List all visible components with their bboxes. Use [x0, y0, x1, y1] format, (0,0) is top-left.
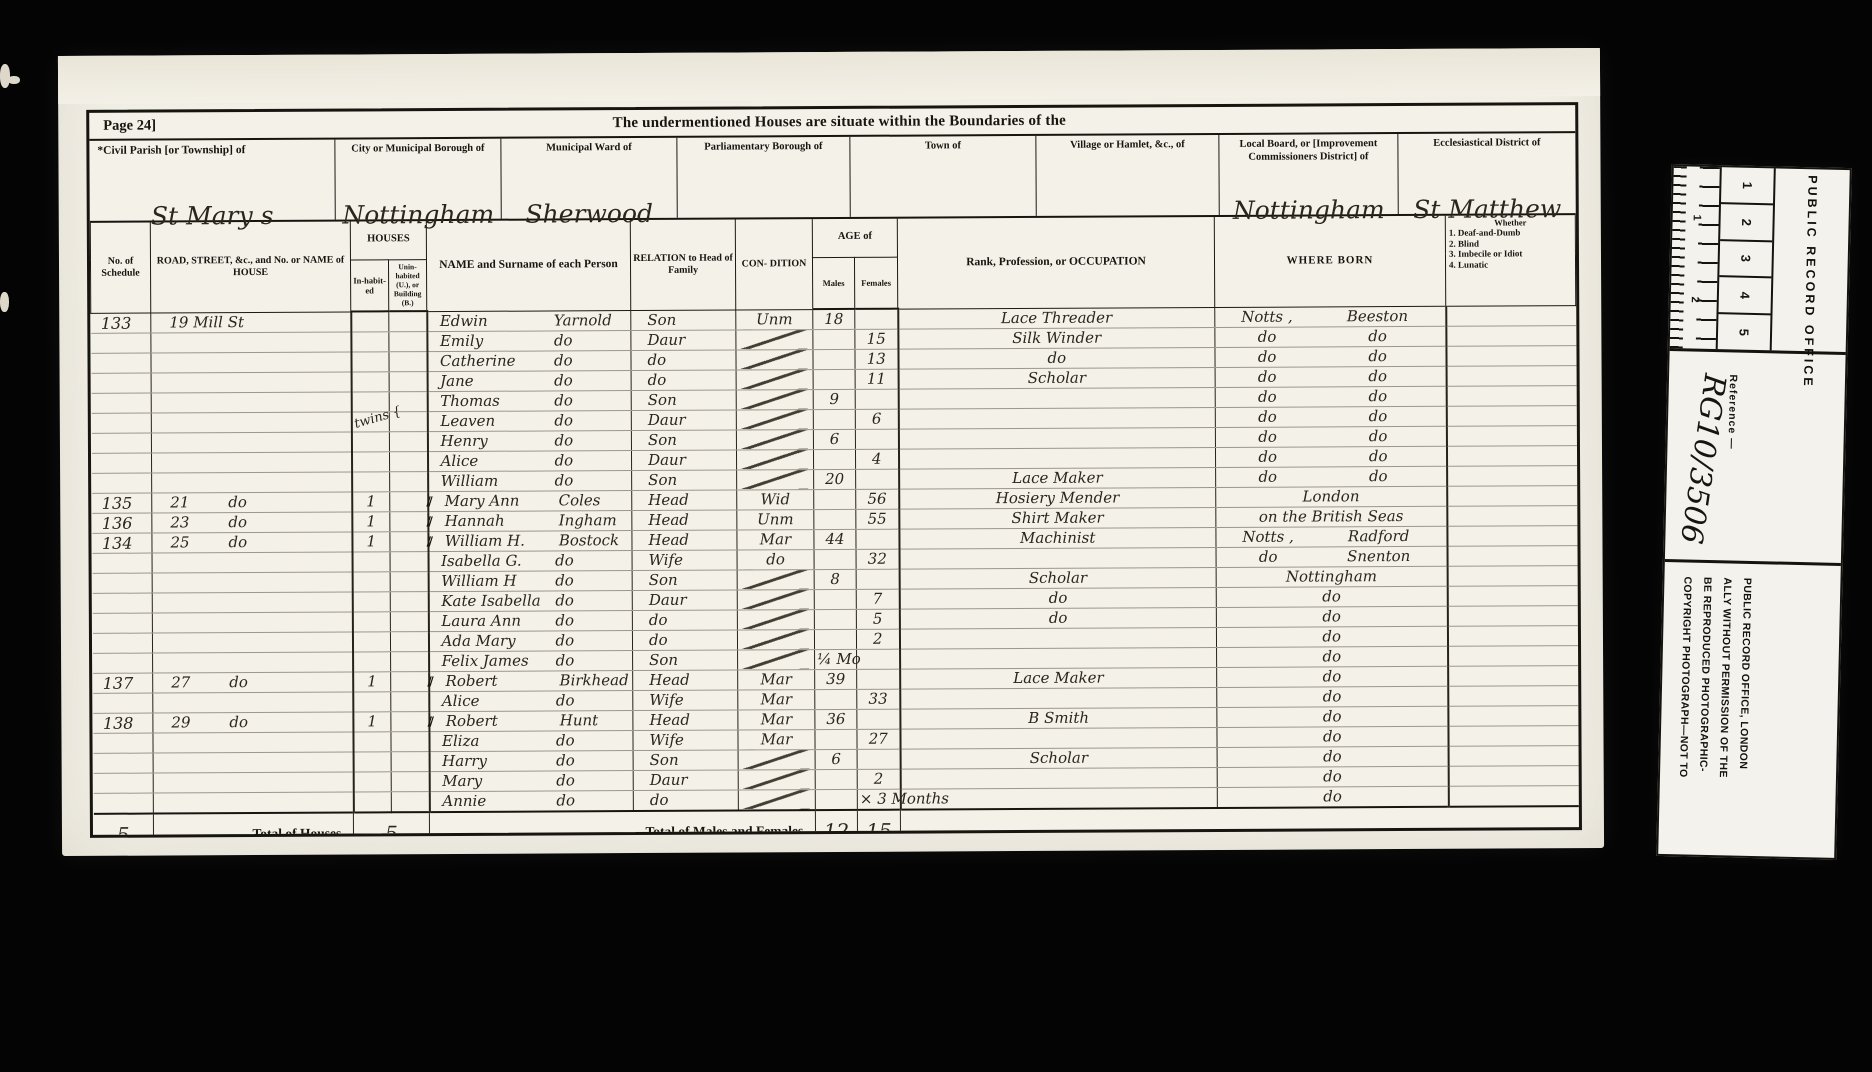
road-cell: 19 Mill St: [151, 312, 351, 333]
relation-value: Head: [635, 671, 690, 689]
occupation-value: Shirt Maker: [1011, 509, 1103, 527]
name-cell: ⫽RobertBirkhead: [429, 670, 633, 691]
road-ditto: do: [228, 533, 247, 551]
uninhabited-cell: [390, 471, 428, 491]
condition-cell: [737, 469, 814, 489]
age-male-value: 18: [824, 310, 843, 328]
condition-cell: Mar: [738, 709, 815, 729]
person-given-name: Isabella G.: [431, 551, 555, 570]
person-surname: Hunt: [560, 711, 599, 729]
occupation-value: do: [1049, 609, 1068, 627]
uninhabited-cell: [389, 431, 427, 451]
born-cell: dodo: [1215, 326, 1446, 347]
road-cell: 27do: [153, 672, 353, 693]
person-given-name: Hannah: [435, 511, 559, 530]
occupation-cell: Scholar: [900, 747, 1217, 769]
relation-cell: Daur: [633, 770, 738, 791]
infirmity-cell: [1447, 625, 1577, 646]
infirmity-cell: [1448, 645, 1578, 666]
age-male-cell: [813, 349, 855, 369]
person-given-name: Mary: [432, 771, 556, 790]
name-cell: EdwinYarnold: [427, 310, 631, 331]
inhabited-cell: [352, 471, 390, 491]
relation-cell: Head: [632, 530, 737, 551]
occupation-cell: [899, 627, 1216, 649]
occupation-cell: Lace Threader: [898, 307, 1215, 329]
age-male-value: 9: [829, 390, 839, 408]
born-place-value: do: [1317, 347, 1439, 366]
uninhabited-cell: [390, 571, 428, 591]
uninhabited-cell: [391, 731, 429, 751]
person-surname: Coles: [559, 491, 601, 509]
infirmity-cell: [1448, 665, 1578, 686]
born-cell: do: [1217, 746, 1448, 767]
age-female-cell: [855, 429, 898, 449]
relation-cell: Son: [631, 430, 736, 451]
occupation-value: Lace Threader: [1001, 309, 1112, 328]
person-given-name: William H: [431, 571, 555, 590]
boundary-value: [1036, 158, 1218, 223]
condition-value: Mar: [760, 670, 792, 688]
uninhabited-cell: [389, 371, 427, 391]
born-cell: do: [1217, 786, 1448, 808]
boundary-cell: Ecclesiastical District ofSt Matthew: [1398, 133, 1575, 214]
col-header-males: Males: [812, 257, 854, 309]
infirmity-cell: [1448, 785, 1578, 806]
born-value: do: [1218, 468, 1317, 487]
road-text: 29: [155, 713, 229, 731]
schedule-number: [95, 793, 103, 812]
occupation-cell: Hosiery Mender: [899, 487, 1216, 509]
col-header-age: AGE of: [812, 219, 897, 257]
name-cell: Laura Anndo: [428, 610, 632, 631]
occupation-cell: [898, 387, 1215, 409]
born-value: do: [1220, 787, 1446, 806]
schedule-number: 134: [94, 533, 133, 552]
ruler-ticks: 1 2: [1670, 166, 1722, 349]
age-female-cell: 33: [857, 689, 900, 709]
ruler-number: 3: [1738, 255, 1753, 263]
occupation-value: B Smith: [1028, 709, 1089, 727]
born-place-value: do: [1317, 327, 1439, 346]
age-male-cell: 44: [814, 529, 856, 549]
born-place-value: do: [1317, 387, 1439, 406]
relation-value: do: [635, 611, 668, 629]
born-cell: do: [1216, 626, 1447, 647]
boundary-cell: City or Municipal Borough ofNottingham: [335, 139, 501, 220]
relation-value: Head: [634, 491, 689, 509]
age-male-cell: [813, 409, 855, 429]
born-value: do: [1217, 348, 1316, 367]
total-males: 12: [815, 809, 857, 837]
schedule-cell: [91, 353, 151, 373]
col-header-infirmity: Whether 1. Deaf-and-Dumb 2. Blind 3. Imb…: [1445, 215, 1575, 306]
person-surname: do: [556, 651, 575, 669]
occupation-cell: [900, 647, 1217, 669]
person-given-name: Catherine: [430, 351, 554, 370]
born-cell: do: [1217, 666, 1448, 687]
relation-value: Wife: [635, 551, 683, 569]
boundary-cell: Town of: [850, 136, 1036, 217]
relation-value: Daur: [634, 451, 686, 469]
age-female-cell: 27: [857, 729, 900, 749]
col-header-schedule: No. of Schedule: [90, 223, 150, 313]
born-cell: doSnenton: [1216, 546, 1447, 567]
relation-value: Son: [635, 651, 678, 669]
age-male-cell: [815, 689, 857, 709]
person-surname: Bostock: [559, 531, 619, 549]
schedule-cell: 137: [93, 673, 153, 693]
name-cell: Leavendo: [427, 410, 631, 431]
schedule-cell: 136: [92, 513, 152, 533]
infirmity-cell: [1446, 325, 1576, 346]
age-female-cell: 13: [855, 349, 898, 369]
age-female-cell: × 3 Months: [857, 789, 900, 810]
born-cell: do: [1217, 686, 1448, 707]
pro-office-label: PUBLIC RECORD OFFICE: [1772, 168, 1850, 352]
schedule-cell: [91, 393, 151, 413]
relation-value: Head: [635, 711, 690, 729]
age-female-cell: [857, 669, 900, 689]
infirmity-cell: [1446, 305, 1576, 326]
relation-cell: do: [632, 630, 737, 651]
born-place-value: do: [1317, 407, 1439, 426]
relation-value: Wife: [635, 731, 683, 749]
relation-value: Son: [633, 311, 676, 329]
age-female-cell: 2: [857, 769, 900, 789]
name-cell: Elizado: [429, 730, 633, 751]
boundary-value: Nottingham: [1220, 170, 1398, 222]
col-header-born: WHERE BORN: [1214, 216, 1445, 307]
relation-cell: Daur: [631, 330, 736, 351]
road-cell: [151, 432, 351, 453]
age-female-cell: [857, 749, 900, 769]
person-given-name: Emily: [430, 331, 554, 350]
age-female-value: 4: [872, 450, 882, 468]
condition-cell: [737, 449, 814, 469]
condition-cell: do: [737, 549, 814, 569]
person-surname: do: [555, 571, 574, 589]
condition-cell: [736, 409, 813, 429]
occupation-value: Scholar: [1030, 749, 1088, 767]
person-surname: do: [556, 771, 575, 789]
infirmity-cell: [1447, 525, 1577, 546]
occupation-cell: Machinist: [899, 527, 1216, 549]
person-surname: do: [554, 331, 573, 349]
born-value: do: [1220, 767, 1446, 786]
boundary-value: St Mary s: [89, 164, 334, 228]
inhabited-value: 1: [367, 672, 377, 690]
road-cell: [152, 552, 352, 573]
occupation-value: Scholar: [1028, 369, 1086, 387]
age-male-cell: 20: [814, 469, 856, 489]
born-cell: dodo: [1215, 406, 1446, 427]
age-male-value: ¼ Mo: [817, 650, 861, 668]
schedule-number: [93, 333, 101, 352]
inhabited-cell: [353, 731, 391, 751]
age-female-cell: 7: [856, 589, 899, 609]
age-male-cell: 36: [815, 709, 857, 729]
infirmity-cell: [1446, 365, 1576, 386]
age-female-cell: [855, 389, 898, 409]
age-male-cell: [814, 549, 856, 569]
born-place-value: Radford: [1318, 527, 1440, 546]
age-female-value: 27: [869, 730, 888, 748]
relation-cell: Wife: [632, 550, 737, 571]
uninhabited-cell: [390, 531, 428, 551]
condition-cell: [736, 329, 813, 349]
infirmity-cell: [1448, 745, 1578, 766]
infirmity-cell: [1448, 765, 1578, 786]
boundary-cell: Municipal Ward ofSherwood: [501, 138, 677, 219]
age-female-cell: 5: [856, 609, 899, 629]
age-male-value: 44: [825, 530, 844, 548]
born-value: do: [1219, 707, 1445, 726]
relation-value: do: [634, 371, 667, 389]
inhabited-cell: 1: [353, 711, 391, 731]
schedule-cell: [91, 333, 151, 353]
schedule-cell: [93, 793, 153, 814]
boundary-label: *Civil Parish [or Township] of: [89, 140, 334, 159]
uninhabited-cell: [391, 711, 429, 731]
person-surname: do: [555, 551, 574, 569]
totals-empty: [900, 806, 1578, 838]
born-cell: London: [1216, 486, 1447, 507]
road-ditto: do: [228, 513, 247, 531]
condition-cell: Mar: [738, 669, 815, 689]
infirmity-cell: [1447, 545, 1577, 566]
road-ditto: do: [229, 713, 248, 731]
schedule-cell: [93, 693, 153, 713]
person-given-name: Leaven: [430, 411, 554, 430]
uninhabited-cell: [389, 311, 427, 331]
infirmity-cell: [1447, 485, 1577, 506]
occupation-cell: do: [898, 347, 1215, 369]
born-place-value: do: [1317, 447, 1439, 466]
name-cell: Anniedo: [429, 790, 633, 812]
pro-film-strip: 1 2 1 2 3 4 5 PUBLIC RECORD OFFICE RG10/…: [1656, 164, 1852, 860]
born-value: do: [1219, 687, 1445, 706]
schedule-cell: [91, 413, 151, 433]
occupation-cell: [899, 547, 1216, 569]
person-surname: do: [556, 791, 575, 809]
uninhabited-cell: [390, 631, 428, 651]
name-cell: Henrydo: [427, 430, 631, 451]
road-cell: [153, 692, 353, 713]
age-male-value: 20: [825, 470, 844, 488]
age-male-cell: 6: [815, 749, 857, 769]
age-female-cell: 56: [856, 489, 899, 509]
occupation-cell: Lace Maker: [899, 467, 1216, 489]
relation-value: Son: [634, 391, 677, 409]
occupation-cell: do: [899, 587, 1216, 609]
schedule-cell: [91, 373, 151, 393]
occupation-value: Silk Winder: [1012, 329, 1101, 347]
condition-cell: [736, 349, 813, 369]
occupation-cell: [898, 447, 1215, 469]
age-male-value: 39: [826, 670, 845, 688]
born-value: do: [1219, 667, 1445, 686]
inhabited-cell: [351, 351, 389, 371]
condition-value: do: [766, 550, 785, 568]
person-given-name: Eliza: [432, 731, 556, 750]
name-cell: Alicedo: [429, 690, 633, 711]
inhabited-cell: 1: [353, 671, 391, 691]
infirmity-cell: [1448, 685, 1578, 706]
person-surname: Yarnold: [554, 311, 612, 329]
inhabited-cell: [353, 791, 391, 812]
col-header-relation: RELATION to Head of Family: [630, 219, 735, 310]
person-surname: do: [556, 751, 575, 769]
occupation-value: Scholar: [1029, 569, 1087, 587]
occupation-cell: do: [899, 607, 1216, 629]
born-place-value: do: [1317, 467, 1439, 486]
born-cell: dodo: [1216, 466, 1447, 487]
relation-cell: do: [631, 370, 736, 391]
infirmity-cell: [1448, 725, 1578, 746]
census-page-scan: Page 24] The undermentioned Houses are s…: [58, 48, 1604, 856]
occupation-cell: [900, 727, 1217, 749]
relation-cell: Head: [632, 510, 737, 531]
inhabited-value: 1: [366, 512, 376, 530]
age-male-cell: [813, 329, 855, 349]
age-female-value: 56: [867, 490, 886, 508]
relation-value: Wife: [635, 691, 683, 709]
condition-cell: Mar: [738, 729, 815, 749]
person-surname: do: [555, 591, 574, 609]
born-value: do: [1217, 328, 1316, 347]
schedule-number: [94, 593, 102, 612]
age-female-cell: [855, 309, 898, 329]
schedule-cell: 133: [91, 313, 151, 333]
condition-cell: Unm: [736, 309, 813, 329]
relation-cell: Son: [633, 750, 738, 771]
age-female-value: 2: [874, 770, 884, 788]
age-male-value: 6: [830, 430, 840, 448]
boundary-cell: Village or Hamlet, &c., of: [1036, 135, 1219, 216]
schedule-number: [95, 753, 103, 772]
born-cell: do: [1216, 606, 1447, 627]
uninhabited-cell: [391, 751, 429, 771]
relation-value: Daur: [633, 331, 685, 349]
infirmity-cell: [1446, 345, 1576, 366]
relation-cell: Daur: [632, 590, 737, 611]
schedule-number: 136: [94, 513, 133, 532]
born-cell: dodo: [1215, 346, 1446, 367]
col-header-uninhabited: Unin-habited (U.), or Building (B.): [388, 259, 426, 311]
name-cell: ⫽William H.Bostock: [428, 530, 632, 551]
boundary-cell: Local Board, or [Improvement Commissione…: [1219, 134, 1398, 215]
road-ditto: do: [228, 493, 247, 511]
person-surname: do: [556, 691, 575, 709]
relation-cell: do: [632, 610, 737, 631]
schedule-number: [93, 373, 101, 392]
relation-value: Son: [634, 431, 677, 449]
relation-cell: Head: [633, 670, 738, 691]
age-male-cell: [815, 789, 857, 810]
person-given-name: Thomas: [430, 391, 554, 410]
heading-spacer: [1335, 118, 1575, 119]
name-cell: ⫽HannahIngham: [428, 510, 632, 531]
infirmity-item: 4. Lunatic: [1449, 259, 1572, 270]
age-female-cell: [857, 649, 900, 669]
age-male-value: 36: [826, 710, 845, 728]
person-given-name: Alice: [432, 691, 556, 710]
census-rows: 13319 Mill StEdwinYarnoldSonUnm18Lace Th…: [91, 305, 1579, 813]
inhabited-cell: 1: [352, 531, 390, 551]
ruler-inch-label: 1: [1691, 214, 1703, 220]
boundary-label: Village or Hamlet, &c., of: [1036, 135, 1218, 152]
road-cell: [153, 652, 353, 673]
road-cell: [152, 472, 352, 493]
occupation-cell: Shirt Maker: [899, 507, 1216, 529]
born-value: London: [1218, 487, 1444, 506]
road-text: 27: [155, 673, 229, 691]
uninhabited-cell: [390, 551, 428, 571]
relation-value: Son: [636, 751, 679, 769]
ruler-number: 2: [1739, 218, 1754, 226]
uninhabited-cell: [390, 591, 428, 611]
ruler-number: 1: [1740, 181, 1755, 189]
inhabited-cell: [351, 451, 389, 471]
road-cell: [151, 392, 351, 413]
road-ditto: do: [229, 673, 248, 691]
condition-value: Mar: [761, 710, 793, 728]
uninhabited-cell: [391, 671, 429, 691]
uninhabited-cell: [389, 331, 427, 351]
age-male-cell: [814, 629, 856, 649]
condition-cell: [738, 769, 815, 789]
schedule-cell: 138: [93, 713, 153, 733]
relation-cell: do: [631, 350, 736, 371]
schedule-number: [93, 353, 101, 372]
ruler-section: 1 2 1 2 3 4 5 PUBLIC RECORD OFFICE: [1670, 166, 1850, 355]
age-female-cell: [857, 709, 900, 729]
born-value: do: [1218, 428, 1317, 447]
born-place-value: do: [1317, 427, 1439, 446]
road-cell: [151, 332, 351, 353]
census-form: Page 24] The undermentioned Houses are s…: [86, 102, 1582, 838]
relation-cell: Daur: [632, 450, 737, 471]
age-female-value: 11: [867, 370, 886, 388]
born-cell: dodo: [1215, 426, 1446, 447]
infirmity-cell: [1446, 425, 1576, 446]
inhabited-cell: [352, 571, 390, 591]
age-female-value: 5: [873, 610, 883, 628]
born-cell: do: [1217, 646, 1448, 667]
schedule-number: [95, 773, 103, 792]
uninhabited-cell: [389, 351, 427, 371]
schedule-number: [94, 473, 102, 492]
person-surname: Birkhead: [559, 671, 628, 689]
schedule-cell: [92, 473, 152, 493]
inhabited-cell: [352, 591, 390, 611]
person-given-name: Felix James: [432, 651, 556, 670]
uninhabited-cell: [391, 791, 429, 812]
name-cell: Williamdo: [428, 470, 632, 491]
condition-value: Wid: [760, 490, 790, 508]
relation-value: Daur: [636, 771, 688, 789]
schedule-cell: [91, 453, 151, 473]
person-given-name: Kate Isabella: [431, 591, 555, 610]
born-value: Notts ,: [1217, 308, 1316, 327]
uninhabited-cell: [390, 491, 428, 511]
person-given-name: Robert: [435, 671, 559, 690]
age-male-value: 6: [831, 750, 841, 768]
inhabited-cell: [351, 371, 389, 391]
road-cell: 23do: [152, 512, 352, 533]
born-place-value: Snenton: [1318, 547, 1440, 566]
